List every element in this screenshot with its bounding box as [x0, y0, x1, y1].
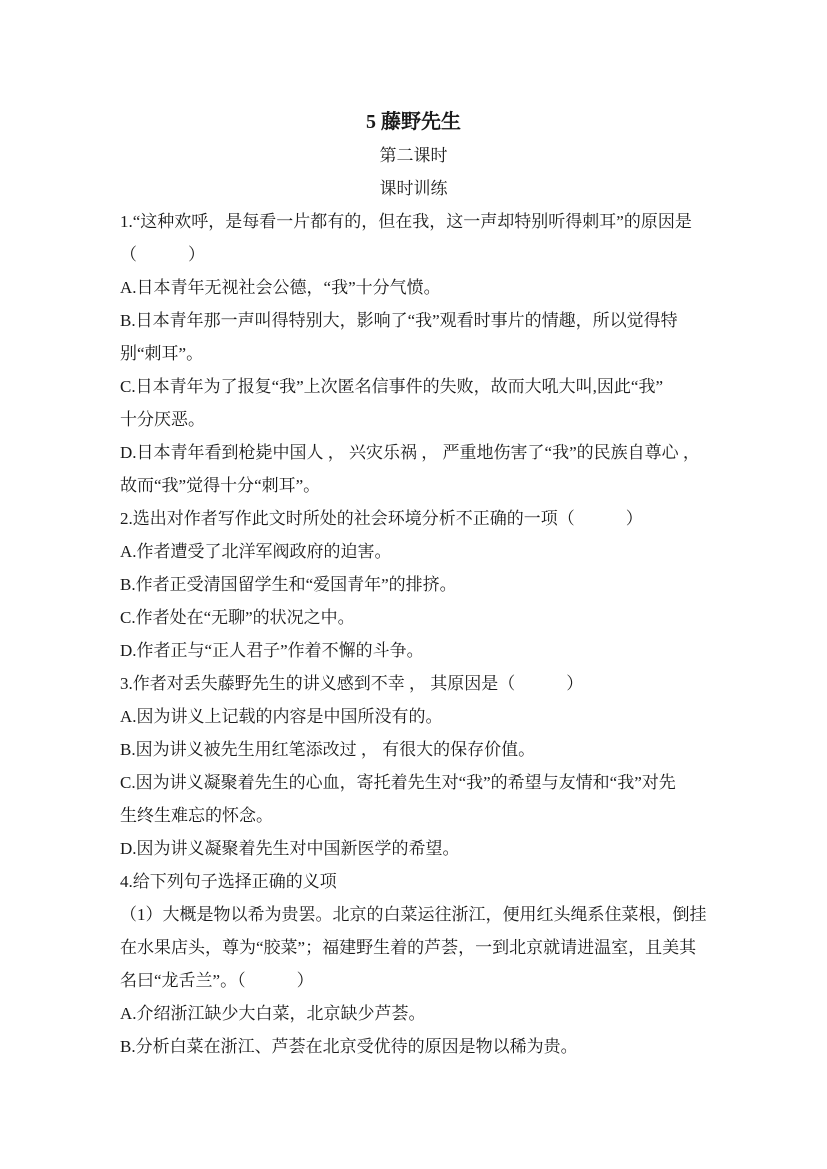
- question-2-stem: 2.选出对作者写作此文时所处的社会环境分析不正确的一项（ ）: [120, 502, 765, 535]
- question-2-option-d: D.作者正与“正人君子”作着不懈的斗争。: [120, 634, 765, 667]
- question-4-option-a: A.介绍浙江缺少大白菜，北京缺少芦荟。: [120, 997, 765, 1030]
- section-heading: 课时训练: [0, 172, 827, 205]
- question-3-option-b: B.因为讲义被先生用红笔添改过 ， 有很大的保存价值。: [120, 733, 765, 766]
- question-1-stem: 1.“这种欢呼，是每看一片都有的，但在我，这一声却特别听得刺耳”的原因是 （ ）: [120, 205, 765, 271]
- question-4-passage-1: （1）大概是物以希为贵罢。北京的白菜运往浙江，便用红头绳系住菜根，倒挂 在水果店…: [120, 898, 765, 997]
- question-1-option-a: A.日本青年无视社会公德，“我”十分气愤。: [120, 271, 765, 304]
- question-1-option-b: B.日本青年那一声叫得特别大，影响了“我”观看时事片的情趣，所以觉得特 别“刺耳…: [120, 304, 765, 370]
- document-header: 5 藤野先生 第二课时 课时训练: [0, 0, 827, 205]
- question-4-stem: 4.给下列句子选择正确的义项: [120, 865, 765, 898]
- question-1-option-c: C.日本青年为了报复“我”上次匿名信事件的失败，故而大吼大叫,因此“我” 十分厌…: [120, 370, 765, 436]
- session-heading: 第二课时: [0, 139, 827, 172]
- question-2-option-b: B.作者正受清国留学生和“爱国青年”的排挤。: [120, 568, 765, 601]
- question-3-option-a: A.因为讲义上记载的内容是中国所没有的。: [120, 700, 765, 733]
- page-title: 5 藤野先生: [0, 106, 827, 139]
- question-2-option-c: C.作者处在“无聊”的状况之中。: [120, 601, 765, 634]
- question-3-option-d: D.因为讲义凝聚着先生对中国新医学的希望。: [120, 832, 765, 865]
- document-page: 5 藤野先生 第二课时 课时训练 1.“这种欢呼，是每看一片都有的，但在我，这一…: [0, 0, 827, 1169]
- question-1-option-d: D.日本青年看到枪毙中国人 ， 兴灾乐祸 ， 严重地伤害了“我”的民族自尊心 ，…: [120, 436, 765, 502]
- document-body: 1.“这种欢呼，是每看一片都有的，但在我，这一声却特别听得刺耳”的原因是 （ ）…: [120, 205, 765, 1063]
- question-4-option-b: B.分析白菜在浙江、芦荟在北京受优待的原因是物以稀为贵。: [120, 1030, 765, 1063]
- question-3-stem: 3.作者对丢失藤野先生的讲义感到不幸 ， 其原因是（ ）: [120, 667, 765, 700]
- question-2-option-a: A.作者遭受了北洋军阀政府的迫害。: [120, 535, 765, 568]
- question-3-option-c: C.因为讲义凝聚着先生的心血，寄托着先生对“我”的希望与友情和“我”对先 生终生…: [120, 766, 765, 832]
